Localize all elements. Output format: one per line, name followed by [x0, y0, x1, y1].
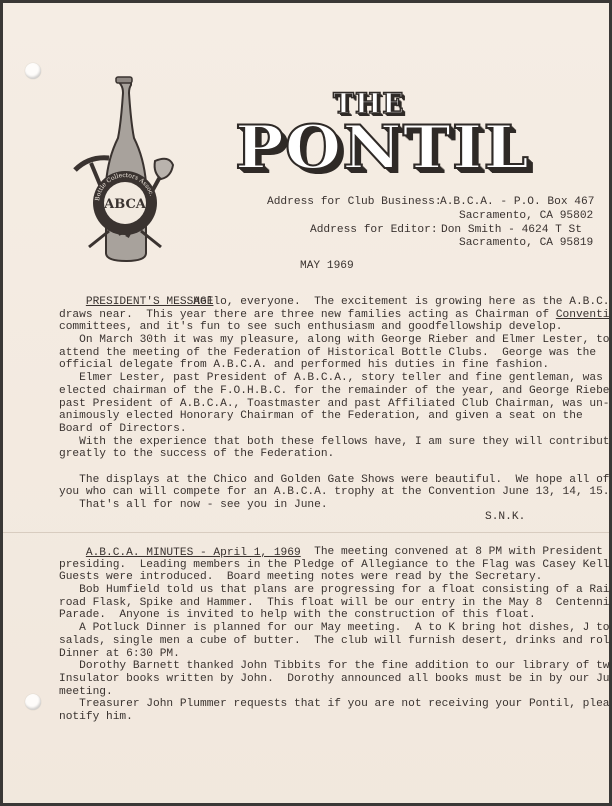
- editor-address-line1: Don Smith - 4624 T St: [441, 223, 582, 237]
- text-line: committees, and it's fun to see such ent…: [59, 321, 579, 334]
- club-address-line2: Sacramento, CA 95802: [459, 209, 593, 223]
- text-line: Elmer Lester, past President of A.B.C.A.…: [59, 372, 579, 385]
- text-line: The meeting convened at 8 PM with Presid…: [59, 546, 579, 559]
- text-line: Bob Humfield told us that plans are prog…: [59, 584, 579, 597]
- text-line: attend the meeting of the Federation of …: [59, 347, 579, 360]
- underlined-word: Convention: [556, 309, 609, 321]
- text-line: Parade. Anyone is invited to help with t…: [59, 609, 579, 622]
- text-line: A Potluck Dinner is planned for our May …: [59, 622, 579, 635]
- text-line: On March 30th it was my pleasure, along …: [59, 334, 579, 347]
- editor-address-label: Address for Editor:: [310, 223, 438, 237]
- text-line: Dorothy Barnett thanked John Tibbits for…: [59, 660, 579, 673]
- svg-text:ABCA: ABCA: [103, 197, 147, 212]
- text-line: Dinner at 6:30 PM.: [59, 648, 579, 661]
- punch-hole-top: [25, 63, 41, 79]
- text-line: greatly to the success of the Federation…: [59, 448, 579, 461]
- text-line: road Flask, Spike and Hammer. This float…: [59, 597, 579, 610]
- issue-date: MAY 1969: [300, 260, 354, 272]
- club-address-line1: A.B.C.A. - P.O. Box 467: [440, 195, 594, 209]
- punch-hole-bottom: [25, 694, 41, 710]
- text-line: meeting.: [59, 686, 579, 699]
- minutes-body: The meeting convened at 8 PM with Presid…: [59, 546, 579, 724]
- text-line: past President of A.B.C.A., Toastmaster …: [59, 398, 579, 411]
- text-line: draws near. This year there are three ne…: [59, 309, 579, 322]
- club-address-label: Address for Club Business:: [267, 195, 442, 209]
- text-line: elected chairman of the F.O.H.B.C. for t…: [59, 385, 579, 398]
- text-line: With the experience that both these fell…: [59, 436, 579, 449]
- text-line: That's all for now - see you in June.: [59, 499, 579, 512]
- text-line: presiding. Leading members in the Pledge…: [59, 559, 579, 572]
- text-line: animously elected Honorary Chairman of t…: [59, 410, 579, 423]
- text-line: you who can will compete for an A.B.C.A.…: [59, 486, 579, 499]
- text-line: official delegate from A.B.C.A. and perf…: [59, 359, 579, 372]
- text-line: The displays at the Chico and Golden Gat…: [59, 474, 579, 487]
- abca-bottle-logo-icon: ABCA Bottle Collectors Assoc.: [69, 75, 179, 265]
- text-line: Treasurer John Plummer requests that if …: [59, 698, 579, 711]
- presidents-message-body: Hello, everyone. The excitement is growi…: [59, 296, 579, 512]
- signature: S.N.K.: [485, 511, 565, 524]
- masthead-title: PONTIL: [235, 113, 530, 183]
- text-line: Board of Directors.: [59, 423, 579, 436]
- editor-address-line2: Sacramento, CA 95819: [459, 236, 593, 250]
- text-line: [59, 461, 579, 474]
- text-line: Hello, everyone. The excitement is growi…: [59, 296, 579, 309]
- text-line: salads, single men a cube of butter. The…: [59, 635, 579, 648]
- text-line: Guests were introduced. Board meeting no…: [59, 571, 579, 584]
- text-line: Insulator books written by John. Dorothy…: [59, 673, 579, 686]
- newsletter-page: ABCA Bottle Collectors Assoc. THE PONTIL…: [3, 3, 609, 803]
- paper-fold-line: [3, 532, 609, 533]
- text-line: notify him.: [59, 711, 579, 724]
